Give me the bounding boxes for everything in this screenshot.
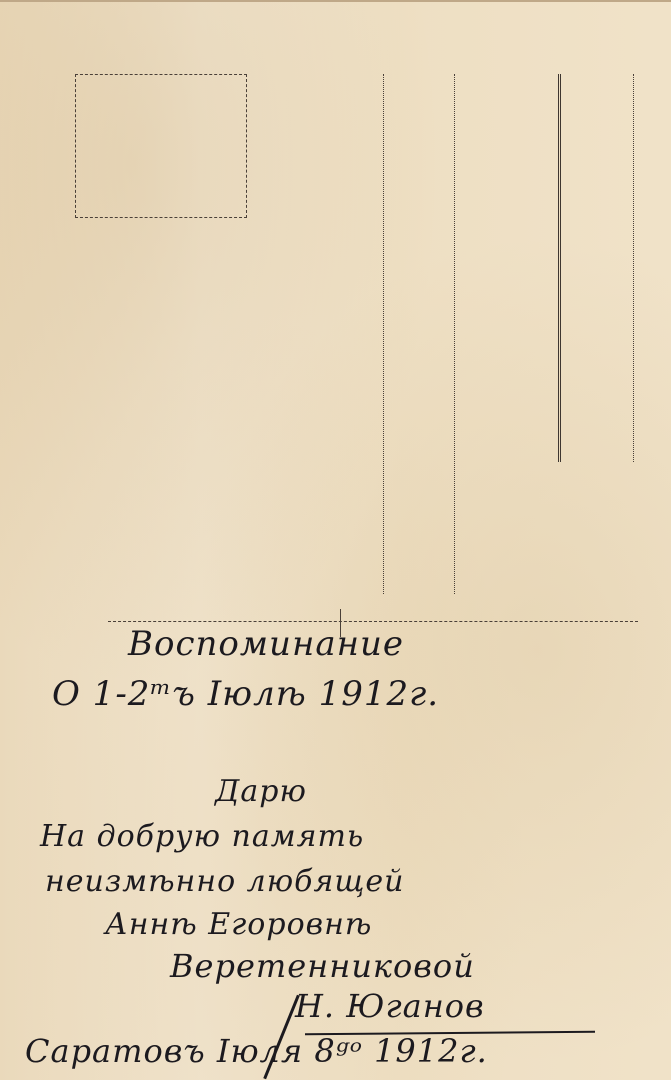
address-line-3: [558, 74, 561, 462]
handwritten-date-line: О 1-2ᵐъ Іюлѣ 1912г.: [52, 674, 439, 714]
handwritten-line-1: На добрую память: [40, 819, 364, 854]
handwritten-line-3: Аннѣ Егоровнѣ: [105, 907, 372, 942]
handwritten-line-4: Веретенниковой: [170, 947, 475, 985]
handwritten-signature: Н. Юганов: [295, 987, 485, 1025]
address-line-4: [633, 74, 634, 462]
handwritten-line-2: неизмѣнно любящей: [45, 864, 404, 899]
handwritten-dedication-word: Дарю: [215, 774, 307, 809]
address-line-2: [454, 74, 455, 594]
address-line-1: [383, 74, 384, 594]
handwritten-title: Воспоминание: [128, 624, 404, 664]
divider-line: [108, 621, 638, 622]
postcard-back: Воспоминание О 1-2ᵐъ Іюлѣ 1912г. Дарю На…: [0, 0, 671, 1080]
handwritten-place-date: Саратовъ Іюля 8ᵍᵒ 1912г.: [25, 1032, 488, 1070]
stamp-box: [75, 74, 247, 218]
